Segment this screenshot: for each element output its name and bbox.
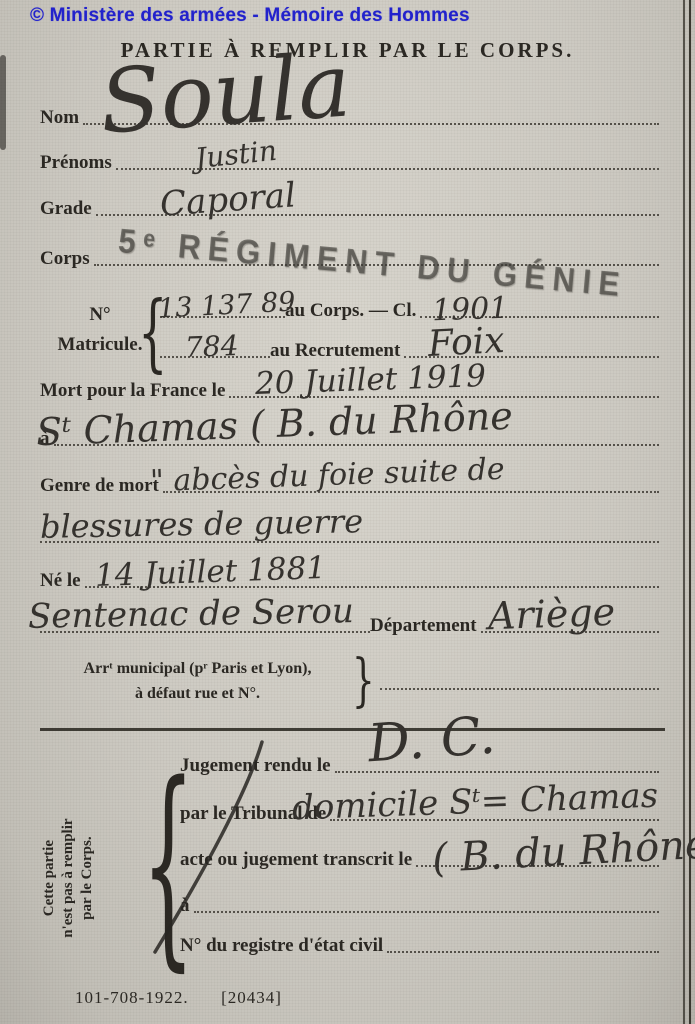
arrondissement-dotted-line <box>380 687 659 690</box>
matricule-recrutement-dotted-line <box>160 355 270 358</box>
field-grade: Grade <box>40 194 659 220</box>
section-divider-rule <box>40 728 665 731</box>
field-genre-de-mort-line2 <box>40 521 659 547</box>
regiment-ink-stamp: 5ᵉ RÉGIMENT DU GÉNIE <box>117 222 628 305</box>
genre-de-mort-dotted-line2 <box>40 540 659 543</box>
form-title: PARTIE À REMPLIR PAR LE CORPS. <box>60 38 635 63</box>
matricule-label-line2: Matricule. <box>55 330 145 360</box>
copyright-watermark: © Ministère des armées - Mémoire des Hom… <box>30 5 470 27</box>
jugement-rendu-dotted-line <box>335 770 659 773</box>
grade-dotted-line <box>96 213 659 216</box>
field-genre-de-mort: Genre de mort <box>40 471 659 497</box>
field-mort: Mort pour la France le <box>40 376 659 402</box>
jugement-tribunal-dotted-line <box>330 818 659 821</box>
footer-reference: 101-708-1922. [20434] <box>75 988 282 1008</box>
scan-edge-smudge <box>0 55 6 150</box>
mort-date-dotted-line <box>229 395 659 398</box>
field-naissance-date: Né le <box>40 566 659 592</box>
matricule-corps-suffix: au Corps. — Cl. <box>285 300 420 322</box>
field-registre: N° du registre d'état civil <box>180 931 659 957</box>
field-matricule-corps: au Corps. — Cl. <box>160 296 659 322</box>
mort-place-dotted-line <box>54 443 660 446</box>
sidebar-note-line3: par le Corps. <box>77 768 96 988</box>
jugement-transcrit-dotted-line <box>416 864 659 867</box>
mort-place-label: à <box>40 428 54 450</box>
scan-edge-line-inner <box>683 0 685 1024</box>
mort-label: Mort pour la France le <box>40 380 229 402</box>
jugement-a-label: à <box>180 895 194 917</box>
field-jugement-a: à <box>180 891 659 917</box>
field-mort-place: à <box>40 424 659 450</box>
arrondissement-label-block: Arrᵗ municipal (pʳ Paris et Lyon), à déf… <box>45 657 350 707</box>
departement-dotted-line <box>481 630 659 633</box>
arrondissement-label-line1: Arrᵗ municipal (pʳ Paris et Lyon), <box>45 657 350 682</box>
field-jugement-rendu: Jugement rendu le <box>180 751 659 777</box>
matricule-corps-dotted-line <box>160 315 285 318</box>
nom-label: Nom <box>40 107 83 129</box>
prenoms-label: Prénoms <box>40 152 116 174</box>
recrutement-place-dotted-line <box>404 355 659 358</box>
field-naissance-lieu: Département <box>40 611 659 637</box>
naissance-date-dotted-line <box>85 585 659 588</box>
nom-dotted-line <box>83 122 659 125</box>
jugement-rendu-label: Jugement rendu le <box>180 755 335 777</box>
naissance-label: Né le <box>40 570 85 592</box>
field-jugement-tribunal: par le Tribunal de <box>180 799 659 825</box>
matricule-recrutement-suffix: au Recrutement <box>270 340 404 362</box>
field-matricule-recrutement: au Recrutement <box>160 336 659 362</box>
sidebar-note-line2: n'est pas à remplir <box>59 768 78 988</box>
prenoms-dotted-line <box>116 167 659 170</box>
jugement-tribunal-label: par le Tribunal de <box>180 803 330 825</box>
scanned-record-page: © Ministère des armées - Mémoire des Hom… <box>0 0 695 1024</box>
departement-label: Département <box>370 615 481 637</box>
genre-de-mort-dotted-line <box>163 490 659 493</box>
sidebar-note-line1: Cette partie <box>40 768 59 988</box>
naissance-place-dotted-line <box>40 630 370 633</box>
matricule-classe-dotted-line <box>420 315 659 318</box>
matricule-label-line1: N° <box>55 300 145 330</box>
field-prenoms: Prénoms <box>40 148 659 174</box>
genre-de-mort-label: Genre de mort <box>40 475 163 497</box>
jugement-a-dotted-line <box>194 910 660 913</box>
sidebar-note-rotated: Cette partie n'est pas à remplir par le … <box>40 768 96 988</box>
registre-dotted-line <box>387 950 659 953</box>
corps-label: Corps <box>40 248 94 270</box>
footer-bracket-number: [20434] <box>221 988 282 1007</box>
matricule-label-block: N° Matricule. <box>55 300 145 361</box>
field-jugement-transcrit: acte ou jugement transcrit le <box>180 845 659 871</box>
arrondissement-brace: } <box>352 652 375 709</box>
registre-label: N° du registre d'état civil <box>180 935 387 957</box>
footer-reference-number: 101-708-1922. <box>75 988 189 1007</box>
jugement-transcrit-label: acte ou jugement transcrit le <box>180 849 416 871</box>
field-nom: Nom <box>40 103 659 129</box>
field-arrondissement-value <box>380 668 659 694</box>
arrondissement-label-line2: à défaut rue et N°. <box>45 682 350 707</box>
scan-edge-line-outer <box>689 0 691 1024</box>
grade-label: Grade <box>40 198 96 220</box>
